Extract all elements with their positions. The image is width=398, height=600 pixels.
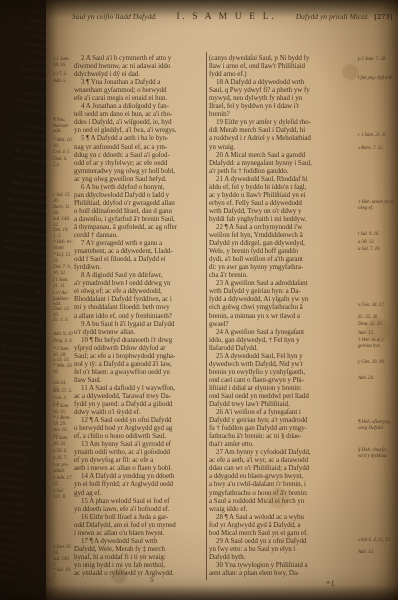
text-line: wrth Dafydd y geiriau hyn: a Da- — [209, 287, 356, 295]
facing-page-text: y a fuant10. A gwy liod a buhant, ac a h… — [0, 0, 50, 584]
margin-note: ‖ fab yng- hyfraith. — [358, 76, 394, 82]
text-line: 30 Yna tywyſogion y Philiſtiaid a — [209, 561, 356, 569]
text-line: ddug yn c ddoeth: a Saul a'i goſod- — [74, 151, 207, 159]
text-line: 28 ¶ A Saul a welodd ac a wybu — [209, 513, 356, 521]
margin-note: Preg. 4. 4. — [53, 339, 73, 345]
text-line: brenin yn ewyllyſio y cynhyſgaeth, — [209, 368, 356, 376]
text-line: wrth Dafydd, Trwy un o'r ddwy y — [209, 207, 356, 215]
text-line: ddes i Dafydd, a'i wiſgoedd, ie, hyd — [74, 118, 207, 126]
text-line: eich golwg chwi ymgyfathrachu â — [209, 303, 356, 311]
text-line: mi y rhoddaſant filoedd: beth mwy — [74, 303, 207, 311]
text-line: a Saul a roddodd Mical ei ferch yn — [209, 497, 356, 505]
text-line: 8 A digiodd Saul yn ddirfawr, — [74, 271, 207, 279]
text-line: yſpryd oddiwrth Dduw ddyfod ar — [74, 344, 207, 352]
text-line: fydd yn y pared: a Dafydd a giliodd — [74, 400, 207, 408]
margin-note: Deut. 22. 20. — [358, 322, 383, 328]
margin-note: Adn. 9, 10 — [53, 332, 73, 338]
margin-note: ‖ a'i Au- fuddion- edd. — [53, 291, 73, 308]
text-line: ac efe a aeth, a'i wyr, ac a darawodd — [209, 456, 356, 464]
text-line: 21 A dywedodd Saul, Rhoddaf hi — [209, 175, 356, 183]
text-line: fod yr Arglwydd gyd â Dafydd, a — [209, 521, 356, 529]
margin-note: p 1 Sam. 7. 28. — [358, 57, 386, 63]
text-line: 10 ¶ Bu hefyd drannoeth i'r drwg — [74, 336, 207, 344]
text-line: 4 A Jonathan a ddioſgodd y fan- — [74, 102, 207, 110]
margin-note: a 16. 13. — [53, 358, 70, 364]
text-line: yn oed ei gleddyf, a'i fwa, a'i wregys. — [74, 126, 207, 134]
margin-note: * 1 Sam. 16. 28. — [53, 347, 73, 358]
text-line: 20 A Mical merch Saul a garodd — [209, 151, 356, 159]
book-page: Saul yn ceiſio lladd Dafydd. I. S A M U … — [46, 0, 398, 600]
text-line: 25 A dywedodd Saul, Fel hyn y — [209, 352, 356, 360]
text-line: dydi, a'i holl weiſion ef a'th garant — [209, 255, 356, 263]
text-line: ond cael cant o flaen-grwyn y Phi- — [209, 376, 356, 384]
text-line: tell oedd am dano ei hun, ac a'i rho- — [74, 110, 207, 118]
margin-notes-right: p 1 Sam. 7. 28.‖ fab yng- hyfraith.r 1 S… — [358, 54, 395, 584]
text-line: dywedwch wrth Dafydd, Nid yw'r — [209, 360, 356, 368]
running-header: Saul yn ceiſio lladd Dafydd. I. S A M U … — [72, 11, 393, 22]
text-line: 6 A bu (wrth ddyfod o honynt, — [74, 183, 207, 191]
margin-note: Adn. 24. — [358, 376, 374, 382]
margin-note: * Sal. 18. 1 — [53, 568, 73, 579]
text-line: yn ei holl ffyrdd; a'r Arglwydd oedd — [74, 480, 207, 488]
text-line: wnaethant gyſammod; o herwydd — [74, 86, 207, 94]
header-right-group: Dafydd yn priodi Mical. [273] — [296, 12, 393, 21]
text-line: ac yng olwg gweiſion Saul hefyd. — [74, 175, 207, 183]
catchword: * I. — [326, 580, 335, 588]
text-line: Dafydd y geiriau hyn; a'r ymadrodd — [209, 416, 356, 424]
text-line: â thympanau, â gorfoledd, ac ag offer — [74, 223, 207, 231]
book-photo: y a fuant10. A gwy liod a buhant, ac a h… — [0, 0, 398, 600]
text-line: 11 A Saul a daflodd y l waywffon, — [74, 384, 207, 392]
margin-note: Diar. 13. 10. — [53, 307, 73, 318]
text-line: Saul, q Pwy ydwyf fi? a pheth yw fy — [209, 86, 356, 94]
text-line: ac a ddywedodd, Tarawaf trwy Da- — [74, 392, 207, 400]
margin-note: * Ecſ. 15. 21. — [53, 253, 73, 264]
text-line: odd Ddafydd, am ei fod ef yn myned — [74, 521, 207, 529]
text-line: gyd ag ef. — [74, 489, 207, 497]
text-line: llaw i arno ef, ond llaw'r Philiſtiaid — [209, 62, 356, 70]
text-line: Dafydd trwy law'r Philiſtiaid. — [209, 400, 356, 408]
margin-note: † Heb. union yn ei olwg ef. — [358, 200, 395, 211]
text-line: Dafydd yn ddirgel, gan ddywedyd, — [209, 239, 356, 247]
text-line: cerdd † dannau. — [74, 231, 207, 239]
text-line: Dafydd byth. — [209, 553, 356, 561]
text-line: ond Saul oedd yn meddwl peri lladd — [209, 392, 356, 400]
text-line: fathrachu â'r brenin: ac ni § ddae- — [209, 432, 356, 440]
text-line: bod Mical merch Saul yn ei garu ef. — [209, 529, 356, 537]
text-line: yn fwy etto: a bu Saul yn elyn i — [209, 545, 356, 553]
text-line: fel o'r blaen: a gwaywffon oedd yn — [74, 368, 207, 376]
text-line: a ddygodd eu blaen-grwyn hwynt, — [209, 472, 356, 480]
text-line: 12 ¶ A Saul oedd yn ofni Dafydd — [74, 416, 207, 424]
margin-note: z Iob 6. 4, 12, 13. — [358, 538, 391, 544]
margin-note: ¶ Heb. uſion yng olwg Dafydd. — [358, 420, 395, 431]
text-line: 2 A Saul a'i b cymmerth ef atto y — [74, 54, 207, 62]
margin-note: Adn. 15. — [358, 331, 374, 337]
text-line: 13 Am hynny Saul a'i gyrrodd ef — [74, 440, 207, 448]
text-line: 5 ¶ A Dafydd a aeth i ba le byn- — [74, 134, 207, 142]
text-line: fyrddiwn. — [74, 263, 207, 271]
text-line: fu † foddlon gan Dafydd am ymgy- — [209, 424, 356, 432]
text-line: a dawnſio, i gyfarfod â'r brenin Saul, — [74, 215, 207, 223]
signature-mark: 5 — [150, 575, 154, 584]
margin-note: x Gen. 34. 17. — [358, 303, 385, 309]
margin-note: Dat. 19. 1, 2. — [53, 228, 73, 239]
facing-page-edge: y a fuant10. A gwy liod a buhant, ac a h… — [0, 0, 50, 600]
text-line: yn ddoeth iawn, efe a'i hofnodd ef. — [74, 505, 207, 513]
header-left-title: Saul yn ceiſio lladd Dafydd. — [72, 12, 157, 21]
text-line: ymaith oddi wrtho, ac a'i goſododd — [74, 448, 207, 456]
text-line: fydd arno ef.) — [209, 70, 356, 78]
column-divider-rule — [206, 52, 207, 580]
text-line: hynaf, hi a roddaf fi i ti yn wraig: — [74, 553, 207, 561]
margin-note: * 1 Bren. 18. 29. — [53, 416, 73, 427]
margin-note: Dat. 7. 9, 10, 12. — [53, 265, 73, 276]
margin-note: i 1 Sam. 20. 33. — [53, 436, 73, 447]
text-line: mywyd, neu dylwyth fy nhad i yn — [209, 94, 356, 102]
text-line: 14 A Dafydd a ymddug yn ddoeth — [74, 472, 207, 480]
text-line: fydd a ddywedodd, Ai yſgafn yw yn — [209, 295, 356, 303]
text-line: Ddafydd: a mynegaſant hynny i Saul, — [209, 159, 356, 167]
margin-note: o Sal. 121. 8. — [53, 489, 73, 500]
text-line: yn unig bydd i mi yn fab nerthol, — [74, 561, 207, 569]
page-number: [273] — [374, 12, 393, 21]
margin-note: s Barn. 7. 22. — [358, 146, 384, 152]
text-line: 23 A gweiſion Saul a adroddaſant — [209, 279, 356, 287]
text-line: 19 Eithr yn yr amſer y dyleſid rho- — [209, 118, 356, 126]
margin-note: c 1 Sam. 16. 15. — [53, 404, 73, 415]
text-line: odd ef ar y rhyfelwyr; ac efe oedd — [74, 159, 207, 167]
text-line: ef yn dywyſog ar fil: ac efe a — [74, 456, 207, 464]
margin-note: Sal. 57. 2. — [53, 389, 72, 395]
margin-note: a 26. 7. — [53, 456, 67, 462]
margin-note: * Min. 20. 16. — [53, 364, 73, 375]
text-line: odd f Saul ei filoedd, a Dafydd ei — [74, 255, 207, 263]
margin-note: § Dab. chwyſo- ws'd y dyddiau. — [358, 448, 395, 459]
text-line: 7 A'r gwragedd wrth e ganu a — [74, 239, 207, 247]
margin-note: ‖ ac ym- adael. — [53, 463, 73, 474]
text-line: 9 A bu Saul h â'i lygaid ar Dafydd — [74, 320, 207, 328]
text-line: liſtiaid i ddial ar elynion y brenin: — [209, 384, 356, 392]
margin-note: a 38. 12. — [358, 240, 375, 246]
header-right-title: Dafydd yn priodi Mical. — [296, 12, 369, 21]
text-line: byddi fab ynghyfraith i mi heddyw. — [209, 215, 356, 223]
text-line: iddo, gan ddywedyd, † Fel hyn y — [209, 336, 356, 344]
text-line: pan ddychwelodd Dafydd o ladd y — [74, 191, 207, 199]
text-line: di: yn awr gan hynny ymgyfathra- — [209, 263, 356, 271]
margin-note: Sal. 149. 5. — [53, 557, 73, 568]
text-line: llaw Saul. — [74, 376, 207, 384]
text-line: Dafydd, Wele, Merab fy ‡ merch — [74, 545, 207, 553]
margin-note: f 1 Sam. 21. 11. — [53, 278, 73, 289]
text-line: 17 ¶ A dywedodd Saul wrth — [74, 537, 207, 545]
text-line: gymmeradwy yng olwg yr holl bobl, — [74, 167, 207, 175]
text-line: Rhoddaſant i Dafydd fyrddiwn, ac i — [74, 295, 207, 303]
text-line: ddychwelyd i dŷ ei dad. — [74, 70, 207, 78]
text-line: a hwy a'u cwbl-dalaſant i'r brenin, i — [209, 480, 356, 488]
text-line: Philiſtiad, ddyfod o'r gwragedd allan — [74, 199, 207, 207]
margin-note: Ec. 1. b. — [53, 318, 69, 324]
text-line: ddwy waith o'i ŵydd ef. — [74, 408, 207, 416]
margin-note: ‡ Ioer 20. 19. — [53, 545, 73, 556]
text-line: 27 Am hynny y cyfododd Dafydd, — [209, 448, 356, 456]
margin-note: Dan. 6. 5,6. — [53, 157, 73, 168]
margin-note: † Heb. ta ai y geiriau hyn. — [358, 338, 395, 349]
header-book-title: I. S A M U E L. — [176, 11, 276, 22]
text-line: 18 A Dafydd a ddywedodd wrth — [209, 78, 356, 86]
margin-note: Adn. 12. — [358, 550, 374, 556]
text-line: aent allan: a phan elent hwy, Da- — [209, 569, 356, 577]
text-line: Iſrael, fel y byddwn yn ‖ ddaw i'r — [209, 102, 356, 110]
text-line: llafarodd Dafydd. — [209, 344, 356, 352]
text-line: weiſion fel hyn, Ymddiddenwch â — [209, 231, 356, 239]
text-line: efe a'i carai megis ei enaid ei hun. — [74, 94, 207, 102]
margin-note: Adn. 5. — [53, 79, 67, 85]
margin-note: a 56. 6. — [53, 449, 67, 455]
text-line: ymattebent, ac a ddywedent, Lladd- — [74, 247, 207, 255]
text-line: ei olwg ef; ac efe a ddywedodd, — [74, 287, 207, 295]
text-line: diwrnod hwnnw, ac ni adawai iddo — [74, 62, 207, 70]
text-line: nag yr anfonodd Saul ef, ac a ym- — [74, 143, 207, 151]
text-line: iddo ef, fel y byddo hi iddo'n t fagl, — [209, 183, 356, 191]
text-line: brenin? — [209, 110, 356, 118]
margin-note: n Adn. 17. 25. — [53, 476, 73, 487]
margin-note: * Mat. 10, 16. — [53, 138, 73, 149]
text-line: o'r dydd hwnnw allan. — [74, 328, 207, 336]
text-line: 29 A Saul oedd yn z ofni Dafydd — [209, 537, 356, 545]
margin-note: t Sal. 9. 16 — [358, 232, 378, 238]
margin-note: r 1 Sam. 21. 8. — [358, 133, 386, 139]
text-line: thai'r amſer etto. — [209, 440, 356, 448]
text-line: ddi Merab merch Saul i Dafydd, hi — [209, 126, 356, 134]
text-line: gwael? — [209, 320, 356, 328]
text-line: ef, a chilio o hono oddiwrth Saul. — [74, 432, 207, 440]
text-line: wraig iddo ef. — [209, 505, 356, 513]
text-line: Wele, y brenin ſydd hoff ganddo — [209, 247, 356, 255]
text-line: 3 ¶ Yna Jonathan a Dafydd a — [74, 78, 207, 86]
margin-note: Col. 4. 5. — [53, 150, 70, 156]
text-line: (canys dywedaſai Saul, p Ni bydd fy — [209, 54, 356, 62]
margin-note: Ec. 52. 26 — [358, 315, 377, 321]
margin-note: ¶ Neu, Barnad- add. — [53, 118, 73, 135]
margin-note: † Heb. tri-chant — [53, 240, 73, 251]
text-line: i mewn ac allan o'u blaen hwynt. — [74, 529, 207, 537]
text-column-left: 2 A Saul a'i b cymmerth ef atto ydiwrnod… — [74, 54, 207, 578]
text-line: cha â'r brenin. — [209, 271, 356, 279]
text-line: o herwydd bod yr Arglwydd gyd ag — [74, 424, 207, 432]
text-line: ac y byddo u llaw'r Philiſtiaid yn ei — [209, 191, 356, 199]
text-line: a roddwyd i r Adriel y s Meholathiad — [209, 134, 356, 142]
text-line: o holl ddinaſoedd Iſrael, dan d ganu — [74, 207, 207, 215]
text-line: a'r ymadrodd hwn ‖ oedd ddrwg yn — [74, 279, 207, 287]
margin-note: Barn. 11. 34. — [53, 205, 73, 216]
text-line: 24 A gweiſion Saul a fynegaſant — [209, 328, 356, 336]
text-line: ddau can wr o'r Philiſtiaid; a Dafydd — [209, 464, 356, 472]
text-line: a allant iddo ef, ond y frenhiniaeth? — [74, 312, 207, 320]
text-line: Saul; ac efe a i brophwydodd yngha- — [74, 352, 207, 360]
margin-note: u Sal. 7. 16 — [358, 247, 379, 253]
text-line: 16 Eithr holl Iſrael a Juda a gar- — [74, 513, 207, 521]
text-column-right: (canys dywedaſai Saul, p Ni bydd fyllaw … — [209, 54, 356, 578]
text-line: ymgyfathrachu o hono ef â'r brenin: — [209, 489, 356, 497]
text-line: yn wraig. — [209, 143, 356, 151]
text-line: 15 A phan welodd Saul ei fod ef — [74, 497, 207, 505]
margin-note: c Sal. 15. 20. — [53, 193, 73, 204]
margin-note: a 17. 2. — [53, 72, 67, 78]
text-line: nol y tŷ: a Dafydd a ganodd â'i law, — [74, 360, 207, 368]
text-line: erbyn ef. Felly Saul a ddywedodd — [209, 199, 356, 207]
text-line: 22 ¶ A Saul a orchymynodd i'w — [209, 223, 356, 231]
text-line: 26 A'i weiſion ef a fynegaſant i — [209, 408, 356, 416]
margin-note: a 1 Sam. 18. 16. — [53, 57, 73, 68]
text-line: aeth i mewn ac allan o flaen y bobl. — [74, 464, 207, 472]
margin-note: Sal. 148. 12. — [53, 217, 73, 228]
text-line: a'r peth fu † foddlon ganddo. — [209, 167, 356, 175]
margin-note: y Gen. 29. 18. — [358, 360, 385, 366]
text-line: brenin, a minnau yn x wr tlawd a — [209, 312, 356, 320]
margin-notes-left: a 1 Sam. 18. 16.a 17. 2.Adn. 5.¶ Neu, Ba… — [53, 54, 73, 584]
text-line: ac ymladd o ryfeloedd yr Arglwydd. — [74, 569, 207, 577]
